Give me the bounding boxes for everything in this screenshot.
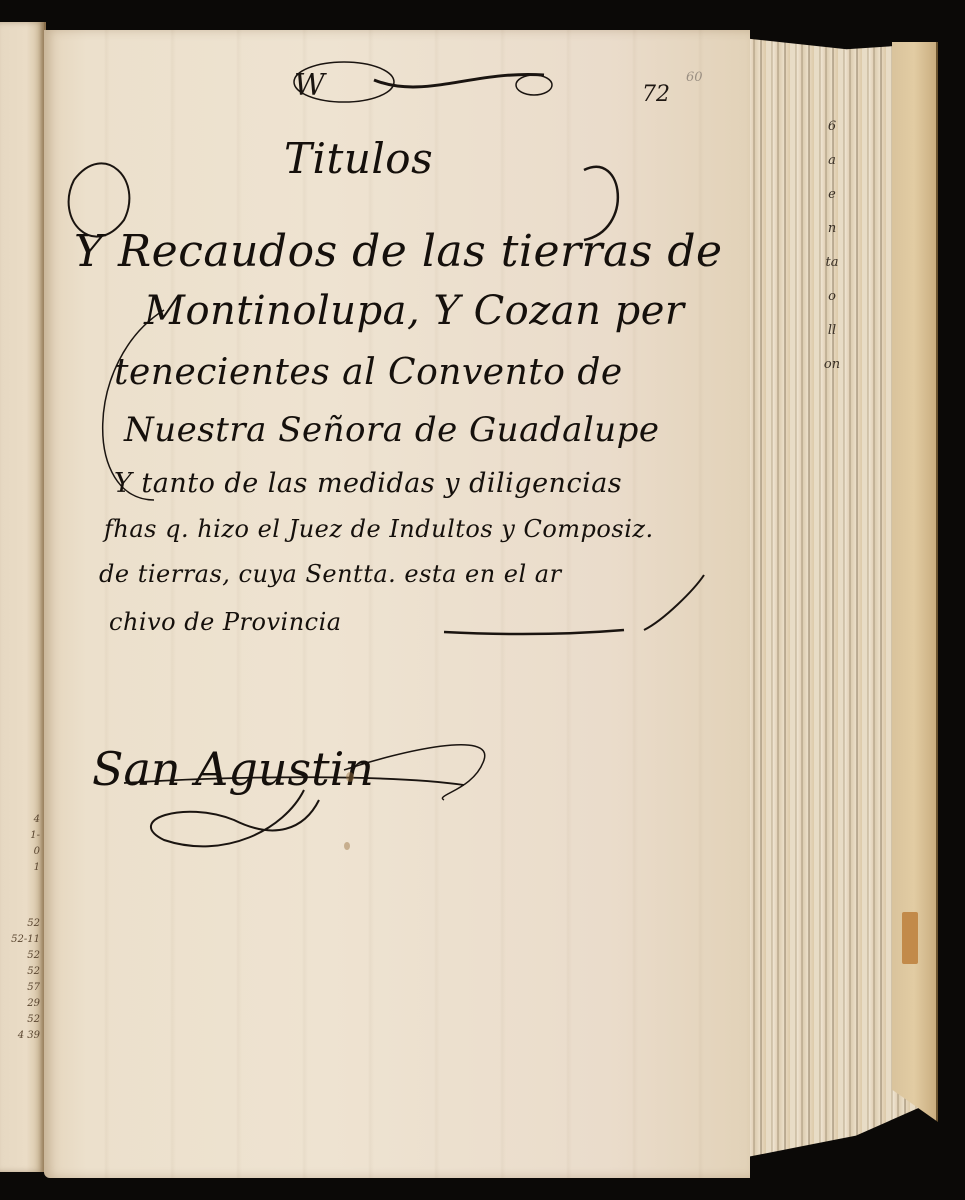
left-page-edge: 4 1- 0 1 52 52-11 52 52 57 29 52 4 39 xyxy=(0,22,46,1172)
margin-note: 52 xyxy=(2,1012,40,1028)
cover-tab xyxy=(902,912,918,964)
manuscript-line: Y tanto de las medidas y diligencias xyxy=(114,468,622,499)
document-title: Titulos xyxy=(284,134,433,183)
stain-mark xyxy=(344,842,350,850)
margin-note: 52 xyxy=(2,916,40,932)
ink-flourishes-icon xyxy=(44,30,750,1178)
manuscript-line: de tierras, cuya Sentta. esta en el ar xyxy=(99,560,562,588)
edge-note: e xyxy=(820,178,844,212)
edge-note: ll xyxy=(820,314,844,348)
manuscript-line: Y Recaudos de las tierras de xyxy=(74,226,723,277)
edge-note: ta xyxy=(820,246,844,280)
old-folio-number: 60 xyxy=(686,70,703,85)
margin-note: 52 xyxy=(2,948,40,964)
margin-note: 29 xyxy=(2,996,40,1012)
margin-note: 1- xyxy=(2,828,40,844)
margin-note: 0 xyxy=(2,844,40,860)
manuscript-scene: 4 1- 0 1 52 52-11 52 52 57 29 52 4 39 6 … xyxy=(0,0,965,1200)
manuscript-line: Nuestra Señora de Guadalupe xyxy=(124,410,660,450)
margin-note: 4 xyxy=(2,812,40,828)
folio-number: 72 xyxy=(642,82,670,107)
manuscript-line: tenecientes al Convento de xyxy=(114,352,623,393)
edge-note: 6 xyxy=(820,110,844,144)
margin-note: 1 xyxy=(2,860,40,876)
edge-note: n xyxy=(820,212,844,246)
stain-mark xyxy=(346,772,354,782)
margin-note: 4 39 xyxy=(2,1028,40,1044)
edge-note: o xyxy=(820,280,844,314)
manuscript-line: Montinolupa, Y Cozan per xyxy=(144,288,685,334)
edge-notes: 6 a e n ta o ll on xyxy=(820,110,844,382)
signature: San Agustin xyxy=(92,742,374,796)
left-margin-notes: 4 1- 0 1 52 52-11 52 52 57 29 52 4 39 xyxy=(2,812,40,1044)
margin-note: 52 xyxy=(2,964,40,980)
margin-note: 57 xyxy=(2,980,40,996)
edge-note: on xyxy=(820,348,844,382)
heading-mark: W xyxy=(294,68,325,103)
edge-note: a xyxy=(820,144,844,178)
manuscript-page: 60 72 W Titulos Y Recaudos de las tierra… xyxy=(44,30,750,1178)
manuscript-line: chivo de Provincia xyxy=(109,608,342,636)
margin-note: 52-11 xyxy=(2,932,40,948)
manuscript-line: fhas q. hizo el Juez de Indultos y Compo… xyxy=(104,515,654,543)
